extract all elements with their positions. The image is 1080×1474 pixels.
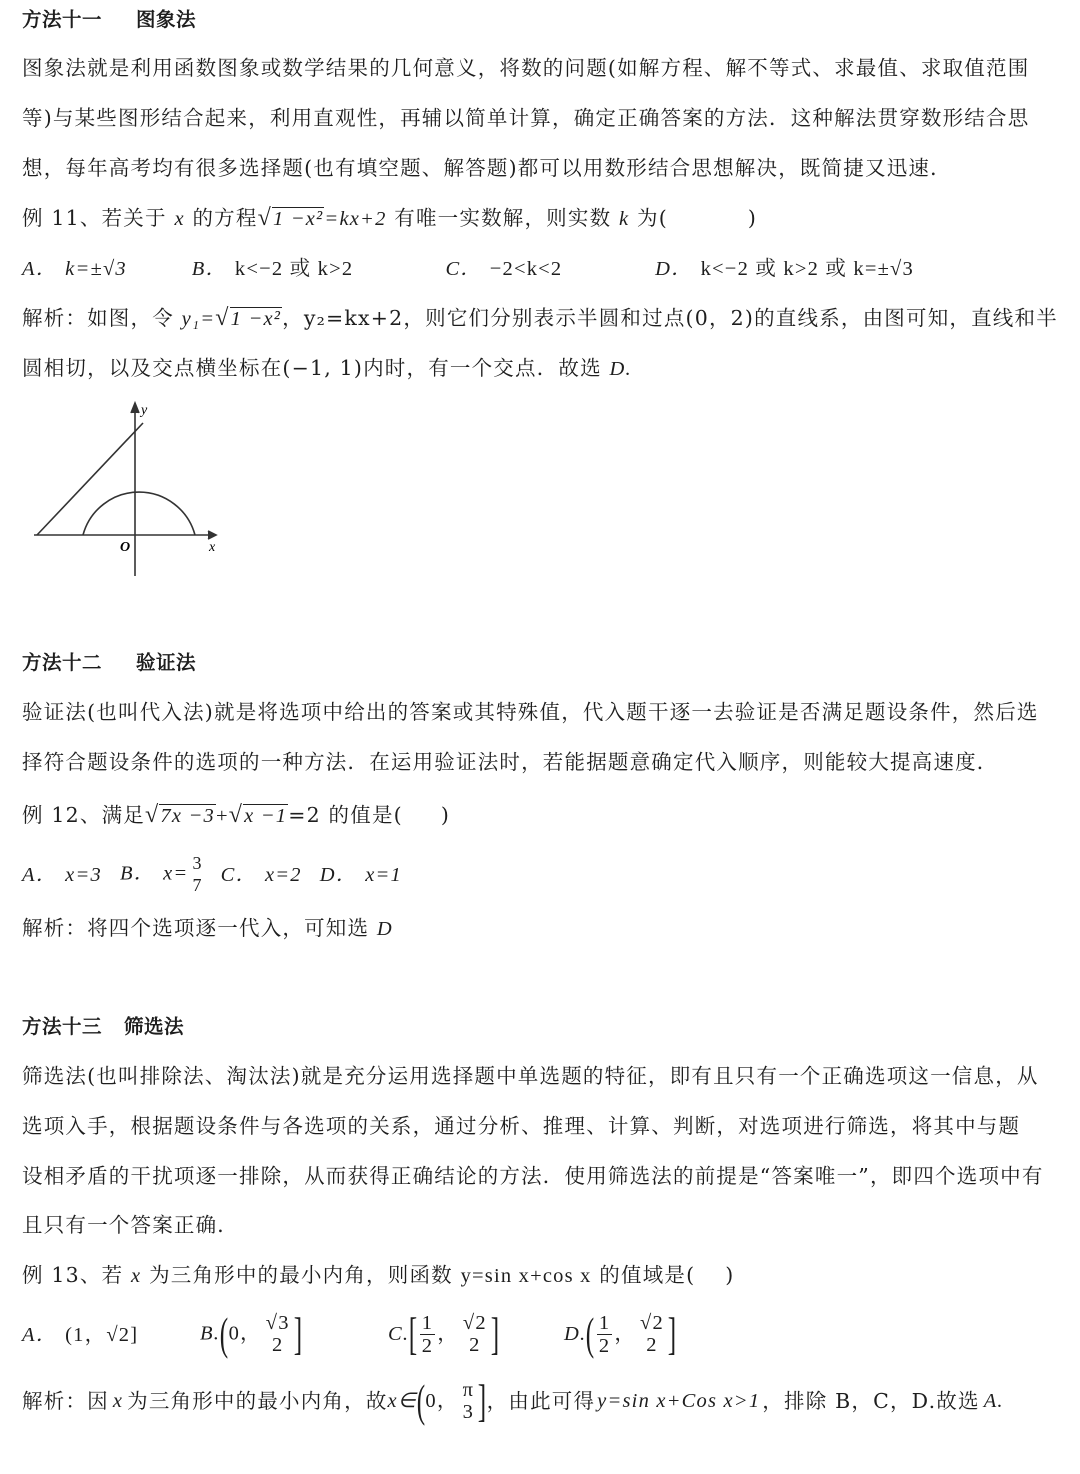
sqrt-expression: √x −1 [229, 800, 288, 831]
option-d: D． x=1 [320, 859, 402, 890]
heading-number: 方法十三 [22, 1015, 102, 1038]
option-b: B.(0，√32] [200, 1312, 388, 1356]
sqrt-expression: √1 −x² [215, 303, 282, 334]
option-a: A． k=±√3 [22, 253, 184, 284]
heading-title: 图象法 [136, 8, 196, 31]
paragraph-line: 且只有一个答案正确． [22, 1210, 239, 1240]
option-c: C． x=2 [221, 859, 302, 890]
heading-title: 验证法 [136, 651, 196, 674]
svg-text:y: y [139, 403, 148, 418]
option-d: D． k<−2 或 k>2 或 k=±√3 [655, 253, 914, 284]
example-13-question: 例 13、若 x 为三角形中的最小内角，则函数 y=sin x+cos x 的值… [22, 1260, 735, 1291]
section-heading-13: 方法十三筛选法 [22, 1012, 184, 1042]
example-11-options: A． k=±√3 B． k<−2 或 k>2 C． −2<k<2 D． k<−2… [22, 253, 914, 284]
heading-number: 方法十二 [22, 651, 102, 674]
example-12-options: A． x=3 B． x=37 C． x=2 D． x=1 [22, 852, 402, 896]
example-11-question: 例 11、若关于 x 的方程√1 −x²=kx+2 有唯一实数解，则实数 k 为… [22, 203, 757, 234]
example-11-solution-line-2: 圆相切，以及交点横坐标在(−1, 1)内时，有一个交点．故选 D. [22, 353, 632, 384]
example-13-solution: 解析：因 x 为三角形中的最小内角，故 x∈(0，π3]，由此可得 y=sin … [22, 1376, 1004, 1426]
option-a: A． (1，√2] [22, 1319, 200, 1350]
paragraph-line: 图象法就是利用函数图象或数学结果的几何意义，将数的问题(如解方程、解不等式、求最… [22, 53, 1029, 83]
semicircle-line-graph: y x O [28, 398, 228, 580]
semicircle [83, 492, 195, 535]
example-11-solution-line-1: 解析：如图，令 y₁=√1 −x²，y₂=kx+2，则它们分别表示半圆和过点(0… [22, 303, 1058, 334]
option-c: C.[12，√22] [388, 1312, 564, 1357]
paragraph-line: 择符合题设条件的选项的一种方法．在运用验证法时，若能据题意确定代入顺序，则能较大… [22, 747, 999, 777]
option-c: C． −2<k<2 [445, 253, 647, 284]
paragraph-line: 等)与某些图形结合起来，利用直观性，再辅以简单计算，确定正确答案的方法．这种解法… [22, 103, 1029, 133]
heading-number: 方法十一 [22, 8, 102, 31]
example-12-solution: 解析：将四个选项逐一代入，可知选 D [22, 913, 393, 944]
sqrt-expression: √7x −3 [145, 800, 216, 831]
option-b: B． k<−2 或 k>2 [192, 253, 438, 284]
option-b: B． x=37 [120, 852, 207, 896]
paragraph-line: 验证法(也叫代入法)就是将选项中给出的答案或其特殊值，代入题干逐一去验证是否满足… [22, 697, 1039, 727]
paragraph-line: 想，每年高考均有很多选择题(也有填空题、解答题)都可以用数形结合思想解决，既简捷… [22, 153, 952, 183]
paragraph-line: 筛选法(也叫排除法、淘汰法)就是充分运用选择题中单选题的特征，即有且只有一个正确… [22, 1061, 1039, 1091]
paragraph-line: 设相矛盾的干扰项逐一排除，从而获得正确结论的方法．使用筛选法的前提是“答案唯一”… [22, 1161, 1044, 1191]
section-heading-12: 方法十二验证法 [22, 648, 196, 678]
heading-title: 筛选法 [124, 1015, 184, 1038]
section-heading-11: 方法十一图象法 [22, 5, 196, 35]
example-12-question: 例 12、满足√7x −3+√x −1=2 的值是() [22, 800, 450, 831]
example-13-options: A． (1，√2] B.(0，√32] C.[12，√22] D.(12，√22… [22, 1306, 676, 1362]
sqrt-expression: √1 −x² [258, 203, 325, 234]
paragraph-line: 选项入手，根据题设条件与各选项的关系，通过分析、推理、计算、判断，对选项进行筛选… [22, 1111, 1020, 1141]
option-a: A． x=3 [22, 859, 102, 890]
option-d: D.(12，√22] [564, 1312, 676, 1357]
svg-text:O: O [120, 540, 130, 555]
svg-text:x: x [208, 540, 216, 555]
